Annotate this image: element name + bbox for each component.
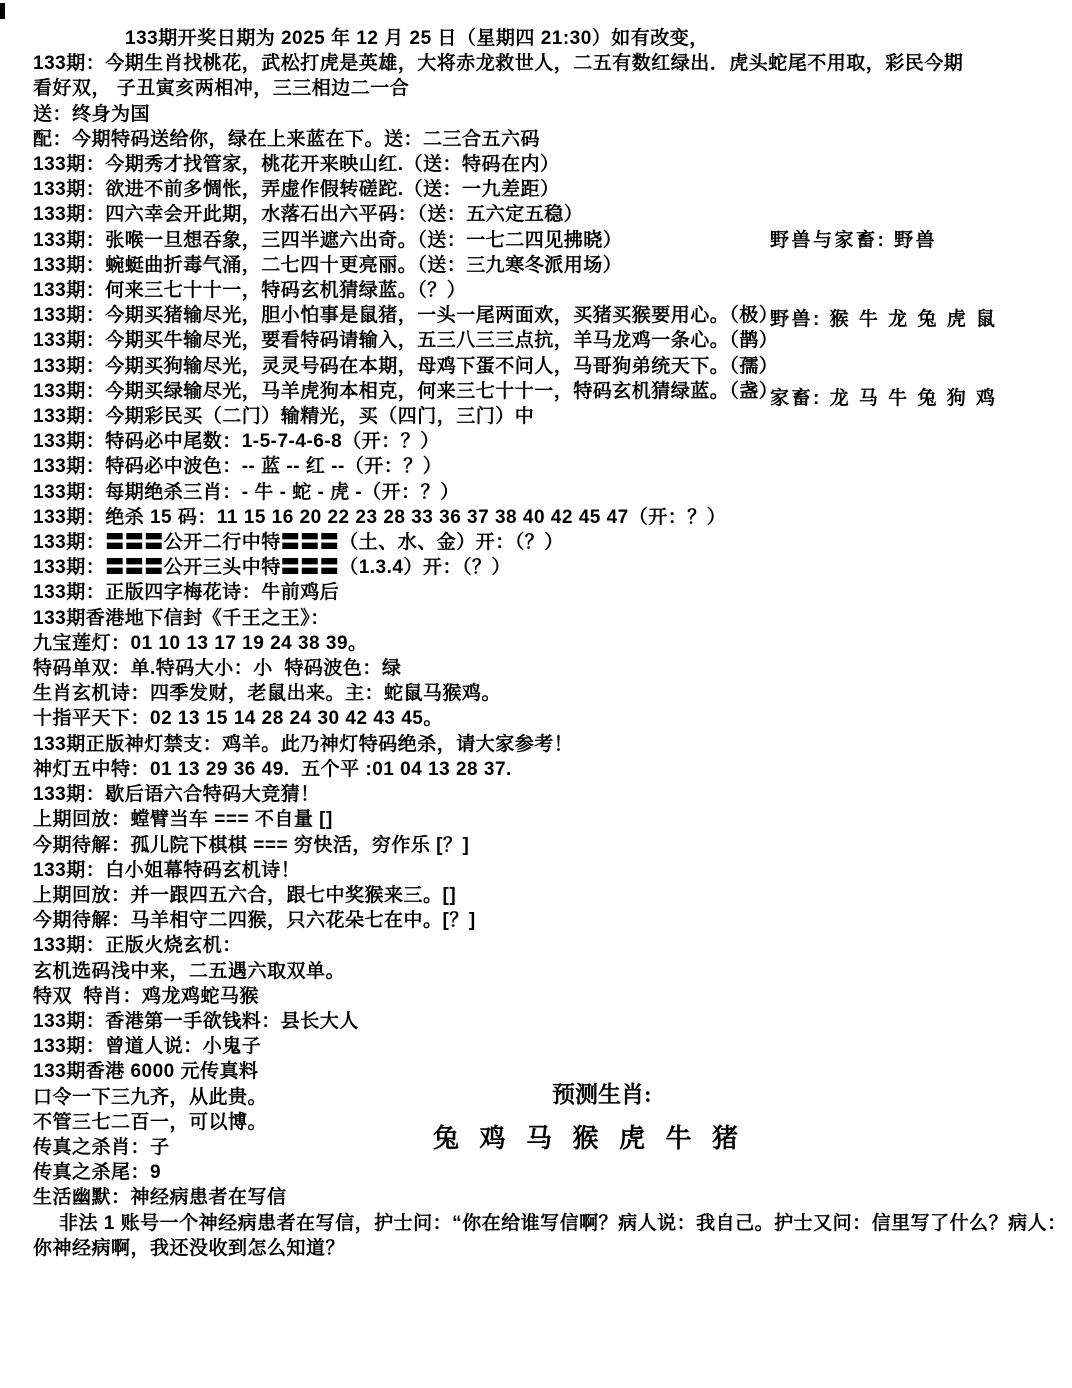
beast-panel-header: 野兽与家畜: 野兽	[770, 228, 998, 254]
text-line: 133期：每期绝杀三肖：- 牛 - 蛇 - 虎 -（开：？）	[33, 480, 1072, 505]
beast-panel-wild-list: 野兽: 猴 牛 龙 兔 虎 鼠	[770, 307, 998, 333]
text-line: 生活幽默：神经病患者在写信	[33, 1185, 1072, 1210]
text-line: 送：终身为国	[33, 102, 1072, 127]
beast-panel-domestic-list: 家畜: 龙 马 牛 兔 狗 鸡	[770, 386, 998, 412]
text-line: 133期：〓〓〓公开二行中特〓〓〓（土、水、金）开：（？）	[33, 530, 1072, 555]
prediction-zodiac-label: 预测生肖:	[552, 1076, 652, 1109]
text-line: 133期：曾道人说：小鬼子	[33, 1034, 1072, 1059]
text-line: 133期：正版火烧玄机：	[33, 933, 1072, 958]
text-line: 133期：今期秀才找管家，桃花开来映山红.（送：特码在内）	[33, 152, 1072, 177]
text-line: 传真之杀尾：9	[33, 1160, 1072, 1185]
text-line: 配：今期特码送给你，绿在上来蓝在下。送：二三合五六码	[33, 127, 1072, 152]
text-line: 上期回放：并一跟四五六合，跟七中奖猴来三。[]	[33, 883, 1072, 908]
text-line: 看好双， 子丑寅亥两相冲，三三相边二一合	[33, 76, 1072, 101]
beast-domestic-panel: 野兽与家畜: 野兽 野兽: 猴 牛 龙 兔 虎 鼠 家畜: 龙 马 牛 兔 狗 …	[770, 176, 998, 464]
text-line: 133期：〓〓〓公开三头中特〓〓〓（1.3.4）开：（？）	[33, 555, 1072, 580]
text-line: 特双 特肖：鸡龙鸡蛇马猴	[33, 984, 1072, 1009]
text-line: 十指平天下：02 13 15 14 28 24 30 42 43 45。	[33, 706, 1072, 731]
text-line: 上期回放：螳臂当车 === 不自量 []	[33, 807, 1072, 832]
text-line: 今期待解：马羊相守二四猴，只六花朵七在中。[？]	[33, 908, 1072, 933]
lottery-tip-sheet: 133期开奖日期为 2025 年 12 月 25 日（星期四 21:30）如有改…	[0, 0, 1072, 1388]
text-line: 九宝莲灯：01 10 13 17 19 24 38 39。	[33, 631, 1072, 656]
text-line: 特码单双：单.特码大小：小 特码波色：绿	[33, 656, 1072, 681]
text-line: 133期：白小姐幕特码玄机诗！	[33, 858, 1072, 883]
text-line: 133期香港地下信封《千王之王》：	[33, 606, 1072, 631]
prediction-zodiac-list: 兔 鸡 马 猴 虎 牛 猪	[433, 1118, 745, 1155]
text-line: 133期：香港第一手欲钱料：县长大人	[33, 1009, 1072, 1034]
text-line: 玄机选码浅中来，二五遇六取双单。	[33, 959, 1072, 984]
text-line: 神灯五中特：01 13 29 36 49. 五个平 :01 04 13 28 3…	[33, 757, 1072, 782]
scan-artifact-mark	[0, 3, 5, 19]
text-line: 非法 1 账号一个神经病患者在写信，护士问：“你在给谁写信啊？病人说：我自己。护…	[33, 1211, 1072, 1236]
text-line: 133期：今期生肖找桃花，武松打虎是英雄，大将赤龙救世人，二五有数红绿出．虎头蛇…	[33, 51, 1072, 76]
text-line: 133期：绝杀 15 码：11 15 16 20 22 23 28 33 36 …	[33, 505, 1072, 530]
text-line: 133期：正版四字梅花诗：牛前鸡后	[33, 580, 1072, 605]
text-line: 生肖玄机诗：四季发财，老鼠出来。主：蛇鼠马猴鸡。	[33, 681, 1072, 706]
text-line: 你神经病啊，我还没收到怎么知道？	[33, 1236, 1072, 1261]
text-line: 今期待解：孤儿院下棋棋 === 穷快活，穷作乐 [？]	[33, 833, 1072, 858]
text-line: 133期开奖日期为 2025 年 12 月 25 日（星期四 21:30）如有改…	[33, 26, 1072, 51]
text-line: 133期：歇后语六合特码大竞猜！	[33, 782, 1072, 807]
text-line: 133期正版神灯禁支：鸡羊。此乃神灯特码绝杀，请大家参考！	[33, 732, 1072, 757]
